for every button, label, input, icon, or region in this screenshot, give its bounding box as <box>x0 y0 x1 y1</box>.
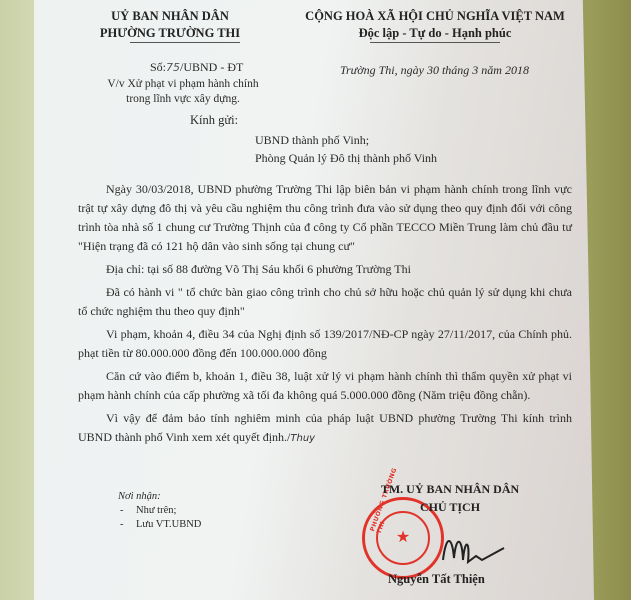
addressee-item: UBND thành phố Vinh; <box>255 131 437 149</box>
handwritten-initial: Thuy <box>290 433 315 444</box>
body-paragraph: Địa chỉ: tại số 88 đường Võ Thị Sáu khối… <box>78 260 572 279</box>
document-body: Ngày 30/03/2018, UBND phường Trường Thi … <box>78 180 572 452</box>
document-number: Số:75/UBND - ĐT <box>150 60 243 75</box>
handwritten-signature <box>438 530 508 570</box>
agency-line1: UỶ BAN NHÂN DÂN <box>95 8 245 25</box>
date-line: Trường Thi, ngày 30 tháng 3 năm 2018 <box>340 63 529 78</box>
nation-line2: Độc lập - Tự do - Hạnh phúc <box>290 25 580 42</box>
national-header: CỘNG HOÀ XÃ HỘI CHỦ NGHĨA VIỆT NAM Độc l… <box>290 8 580 42</box>
body-paragraph: Vi phạm, khoản 4, điều 34 của Nghị định … <box>78 325 572 363</box>
addressee-label: Kính gửi: <box>190 113 238 128</box>
subject-line: V/v Xử phạt vi phạm hành chính trong lĩn… <box>78 77 288 107</box>
recipient-item: Như trên; <box>118 504 201 518</box>
addressee-list: UBND thành phố Vinh; Phòng Quản lý Đô th… <box>255 131 437 167</box>
recipients-block: Nơi nhận: Như trên; Lưu VT.UBND <box>118 490 201 532</box>
body-paragraph: Ngày 30/03/2018, UBND phường Trường Thi … <box>78 180 572 256</box>
body-paragraph: Vì vậy để đảm bảo tính nghiêm minh của p… <box>78 409 572 448</box>
agency-underline <box>130 42 240 43</box>
recipients-title: Nơi nhận: <box>118 490 201 504</box>
nation-line1: CỘNG HOÀ XÃ HỘI CHỦ NGHĨA VIỆT NAM <box>290 8 580 25</box>
signature-role: CHỦ TỊCH <box>360 498 540 516</box>
signer-name: Nguyễn Tất Thiện <box>388 572 485 587</box>
signature-block: TM. UỶ BAN NHÂN DÂN CHỦ TỊCH <box>360 480 540 516</box>
handwritten-number: 75 <box>166 61 180 74</box>
body-paragraph: Căn cứ vào điểm b, khoản 1, điều 38, luậ… <box>78 367 572 405</box>
agency-line2: PHƯỜNG TRƯỜNG THI <box>95 25 245 42</box>
motto-underline <box>370 42 500 43</box>
recipient-item: Lưu VT.UBND <box>118 518 201 532</box>
signature-title: TM. UỶ BAN NHÂN DÂN <box>360 480 540 498</box>
body-paragraph: Đã có hành vi " tổ chức bàn giao công tr… <box>78 283 572 321</box>
star-icon: ★ <box>378 527 428 547</box>
agency-header: UỶ BAN NHÂN DÂN PHƯỜNG TRƯỜNG THI <box>95 8 245 42</box>
addressee-item: Phòng Quản lý Đô thị thành phố Vinh <box>255 149 437 167</box>
